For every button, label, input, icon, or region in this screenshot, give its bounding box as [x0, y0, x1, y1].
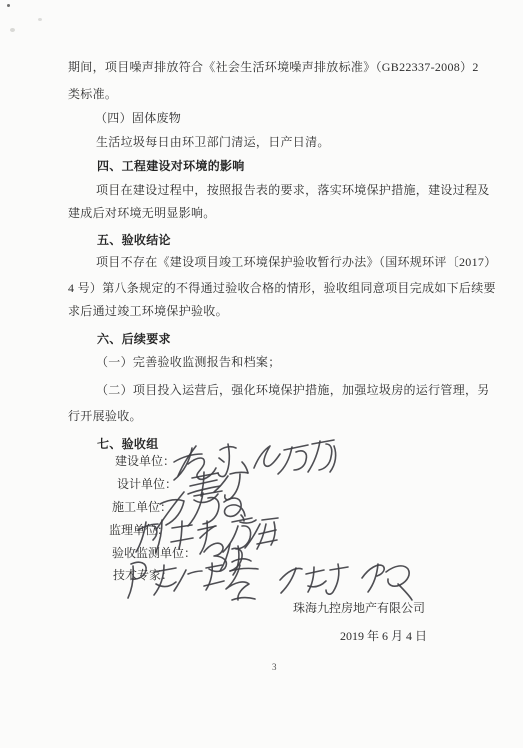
signature-experts [128, 559, 412, 600]
signature-construction-unit [174, 440, 336, 480]
body-line: 类标准。 [68, 85, 117, 103]
company-name: 珠海九控房地产有限公司 [293, 599, 425, 616]
scan-speck [38, 18, 42, 21]
document-date: 2019 年 6 月 4 日 [340, 627, 427, 644]
body-line: 求后通过竣工环境保护验收。 [68, 302, 228, 320]
section-heading-5: 五、验收结论 [97, 231, 171, 249]
body-line: 4 号）第八条规定的不得通过验收合格的情形，验收组同意项目完成如下后续要 [68, 279, 496, 297]
page-number: 3 [272, 662, 277, 672]
scanned-document-page: 期间，项目噪声排放符合《社会生活环境噪声排放标准》（GB22337-2008）2… [0, 0, 523, 748]
body-line: 项目在建设过程中，按照报告表的要求，落实环境保护措施，建设过程及 [96, 181, 490, 199]
body-line: 项目不存在《建设项目竣工环境保护验收暂行办法》（国环规环评〔2017） [96, 253, 497, 271]
section-heading-6: 六、后续要求 [97, 330, 171, 348]
signature-constructor-unit [156, 491, 256, 530]
body-line: 行开展验收。 [68, 407, 142, 425]
body-line: 期间，项目噪声排放符合《社会生活环境噪声排放标准》（GB22337-2008）2 [68, 58, 479, 76]
signature-design-unit [188, 472, 248, 502]
section-heading-4: 四、工程建设对环境的影响 [97, 157, 245, 175]
scan-speck [7, 4, 10, 7]
body-line: （四）固体废物 [95, 109, 181, 127]
body-line: （一）完善验收监测报告和档案； [96, 353, 281, 371]
body-line: 建成后对环境无明显影响。 [68, 204, 216, 222]
scan-speck [10, 28, 15, 32]
signatures-overlay [100, 428, 480, 613]
body-line: （二）项目投入运营后，强化环境保护措施，加强垃圾房的运行管理，另 [96, 381, 490, 399]
body-line: 生活垃圾每日由环卫部门清运，日产日清。 [96, 133, 330, 151]
